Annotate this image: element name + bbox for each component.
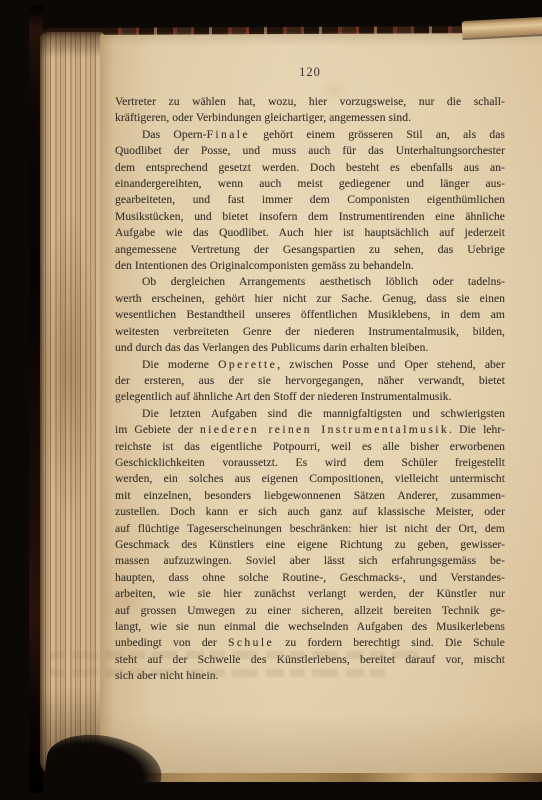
text-segment: Quodlibet der Posse, und muss auch für d… — [115, 144, 505, 157]
text-segment: auf flüchtige Tageserscheinungen beschrä… — [115, 522, 505, 535]
text-segment: mit einzelnen, besonders liebgewonnenen … — [115, 489, 505, 502]
emphasized-spaced-text: Finale — [207, 128, 250, 141]
show-through-text-line — [50, 651, 422, 659]
text-segment: der ersteren, aus der sie hervorgegangen… — [115, 374, 505, 387]
page-top-edge — [102, 26, 474, 35]
text-line: werden, ein solches aus eigenen Composit… — [115, 471, 505, 487]
text-line: dem entsprechend gesetzt werden. Doch be… — [115, 160, 505, 176]
text-segment: gehört einem grösseren Stil an, als das — [250, 128, 505, 141]
emphasized-spaced-text: niederen reinen Instrumentalmusik — [200, 423, 449, 436]
text-segment: arbeiten, wie sie hier zunächst verlangt… — [115, 587, 505, 600]
text-segment: massen aufzuzwingen. Soviel aber lässt s… — [115, 554, 505, 567]
text-line: Quodlibet der Posse, und muss auch für d… — [115, 143, 505, 159]
text-line: im Gebiete der niederen reinen Instrumen… — [115, 422, 505, 438]
text-line: den Intentionen des Originalcomponisten … — [115, 258, 505, 274]
text-segment: gearbeiteten, und fast immer dem Componi… — [115, 193, 505, 206]
text-line: der ersteren, aus der sie hervorgegangen… — [115, 373, 505, 389]
text-segment: auf grossen Umwegen zu einer sicheren, a… — [115, 604, 505, 617]
page-number: 120 — [115, 65, 505, 80]
text-segment: Musikstücken, und bietet insofern dem In… — [115, 210, 505, 223]
text-segment: Die letzten Aufgaben sind die mannigfalt… — [142, 407, 505, 420]
text-line: Die letzten Aufgaben sind die mannigfalt… — [115, 406, 505, 422]
text-line: zustellen. Doch kann er sich auch ganz a… — [115, 504, 505, 520]
text-segment: und durch das das Verlangen des Publicum… — [115, 341, 428, 354]
text-segment: langt, wie sie nun einmal die wechselnde… — [115, 620, 505, 633]
text-segment: haupten, dass ohne solche Routine-, Gesc… — [115, 571, 505, 584]
text-line: Die moderne Operette, zwischen Posse und… — [115, 357, 505, 373]
text-segment: Vertreter zu wählen hat, wozu, hier vorz… — [115, 95, 505, 108]
emphasized-spaced-text: Schule — [228, 636, 274, 649]
text-segment: , zwischen Posse und Oper stehend, aber — [277, 358, 505, 371]
show-through-text-line — [50, 669, 388, 677]
text-line: weitesten verbreiteten Genre der niedere… — [115, 324, 505, 340]
text-line: Ob dergleichen Arrangements aesthetisch … — [115, 274, 505, 290]
text-line: und durch das das Verlangen des Publicum… — [115, 340, 505, 356]
text-segment: Ob dergleichen Arrangements aesthetisch … — [142, 275, 505, 288]
text-line: mit einzelnen, besonders liebgewonnenen … — [115, 488, 505, 504]
text-segment: unbedingt von der — [115, 636, 228, 649]
text-segment: Die moderne — [142, 358, 218, 371]
text-segment: Geschmack des Künstlers eine eigene Rich… — [115, 538, 505, 551]
text-line: wesentlichen Bestandtheil unseres öffent… — [115, 307, 505, 323]
text-segment: Geschicklichkeiten voraussetzt. Es wird … — [115, 456, 505, 469]
text-segment: zustellen. Doch kann er sich auch ganz a… — [115, 505, 505, 518]
text-line: unbedingt von der Schule zu fordern bere… — [115, 635, 505, 651]
text-segment: gelegentlich auf ähnliche Art den Stoff … — [115, 390, 452, 403]
text-segment: kräftigeren, oder Verbindungen gleichart… — [115, 111, 411, 124]
text-line: arbeiten, wie sie hier zunächst verlangt… — [115, 586, 505, 602]
text-segment: Aufgabe wie das Quodlibet. Auch hier ist… — [115, 226, 505, 239]
text-line: haupten, dass ohne solche Routine-, Gesc… — [115, 570, 505, 586]
text-line: Geschmack des Künstlers eine eigene Rich… — [115, 537, 505, 553]
text-line: Geschicklichkeiten voraussetzt. Es wird … — [115, 455, 505, 471]
text-line: auf flüchtige Tageserscheinungen beschrä… — [115, 521, 505, 537]
book-photo: 120 Vertreter zu wählen hat, wozu, hier … — [0, 0, 542, 800]
text-line: auf grossen Umwegen zu einer sicheren, a… — [115, 603, 505, 619]
text-line: reichste ist das eigentliche Potpourri, … — [115, 439, 505, 455]
text-line: massen aufzuzwingen. Soviel aber lässt s… — [115, 553, 505, 569]
text-segment: zu fordern berechtigt sind. Die Schule — [274, 636, 505, 649]
page-bottom-edge — [102, 773, 542, 782]
text-segment: angemessene Vertretung der Gesangspartie… — [115, 243, 505, 256]
text-line: werth erscheinen, gehört hier nicht zur … — [115, 291, 505, 307]
book-page: 120 Vertreter zu wählen hat, wozu, hier … — [100, 32, 542, 773]
text-line: Musikstücken, und bietet insofern dem In… — [115, 209, 505, 225]
text-segment: Das Opern- — [142, 128, 207, 141]
text-segment: wesentlichen Bestandtheil unseres öffent… — [115, 308, 505, 321]
emphasized-spaced-text: Operette — [218, 358, 277, 371]
text-segment: den Intentionen des Originalcomponisten … — [115, 259, 414, 272]
text-line: gelegentlich auf ähnliche Art den Stoff … — [115, 389, 505, 405]
text-segment: im Gebiete der — [115, 423, 200, 436]
text-column: Vertreter zu wählen hat, wozu, hier vorz… — [115, 94, 505, 685]
text-segment: werth erscheinen, gehört hier nicht zur … — [115, 292, 505, 305]
text-segment: werden, ein solches aus eigenen Composit… — [115, 472, 505, 485]
text-line: Vertreter zu wählen hat, wozu, hier vorz… — [115, 94, 505, 110]
text-segment: einandergereihten, wenn auch meist gedie… — [115, 177, 505, 190]
text-line: gearbeiteten, und fast immer dem Componi… — [115, 192, 505, 208]
top-right-page-edges — [462, 17, 542, 38]
text-line: langt, wie sie nun einmal die wechselnde… — [115, 619, 505, 635]
text-line: Aufgabe wie das Quodlibet. Auch hier ist… — [115, 225, 505, 241]
text-line: angemessene Vertretung der Gesangspartie… — [115, 242, 505, 258]
text-line: kräftigeren, oder Verbindungen gleichart… — [115, 110, 505, 126]
text-segment: reichste ist das eigentliche Potpourri, … — [115, 440, 505, 453]
text-segment: weitesten verbreiteten Genre der niedere… — [115, 325, 505, 338]
text-line: Das Opern-Finale gehört einem grösseren … — [115, 127, 505, 143]
text-segment: dem entsprechend gesetzt werden. Doch be… — [115, 161, 505, 174]
text-segment: . Die lehr- — [449, 423, 505, 436]
text-line: einandergereihten, wenn auch meist gedie… — [115, 176, 505, 192]
